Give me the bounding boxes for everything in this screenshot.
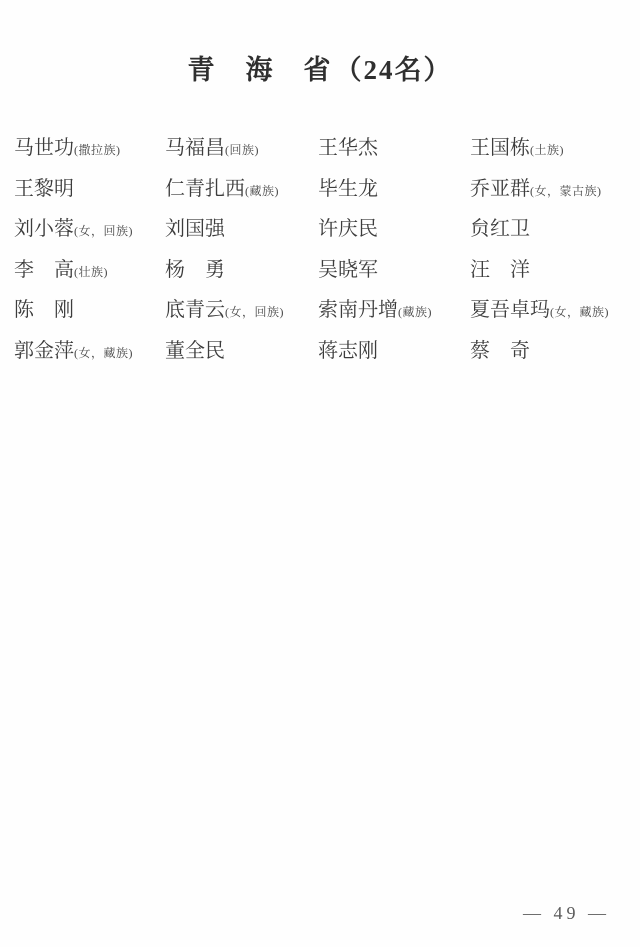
delegate-name: 汪 洋 (470, 253, 530, 282)
delegate-name: 王华杰 (318, 131, 378, 160)
delegate-name: 蒋志刚 (318, 334, 378, 363)
delegate-entry: 汪 洋 (470, 253, 640, 294)
delegate-entry: 蔡 奇 (470, 334, 640, 375)
delegate-entry: 毕生龙 (318, 172, 470, 213)
delegate-entry: 许庆民 (318, 212, 470, 253)
delegate-entry: 夏吾卓玛(女，藏族) (470, 293, 640, 334)
delegate-entry: 马世功(撒拉族) (14, 131, 165, 172)
delegate-name: 乔亚群 (470, 172, 530, 201)
page-number: — 49 — (523, 903, 610, 924)
delegate-note: (撒拉族) (74, 141, 121, 158)
delegate-name: 董全民 (165, 334, 225, 363)
delegate-name: 吴晓军 (318, 253, 378, 282)
delegate-name: 索南丹增 (318, 293, 398, 322)
delegate-name: 马福昌 (165, 131, 225, 160)
delegate-name: 陈 刚 (14, 293, 74, 322)
delegate-note: (女，藏族) (74, 344, 133, 361)
delegate-entry: 王国栋(土族) (470, 131, 640, 172)
delegate-note: (藏族) (245, 182, 279, 199)
delegate-name: 底青云 (165, 293, 225, 322)
delegate-name: 毕生龙 (318, 172, 378, 201)
delegate-entry: 陈 刚 (14, 293, 165, 334)
delegate-note: (女，回族) (225, 303, 284, 320)
delegate-name: 许庆民 (318, 212, 378, 241)
delegate-note: (藏族) (398, 303, 432, 320)
title-province: 青 海 省 (188, 55, 333, 85)
delegate-note: (女，回族) (74, 222, 133, 239)
title-delegate-count: （24名） (335, 55, 453, 85)
delegate-note: (回族) (225, 141, 259, 158)
delegate-name: 蔡 奇 (470, 334, 530, 363)
delegate-name: 王国栋 (470, 131, 530, 160)
delegate-entry: 郭金萍(女，藏族) (14, 334, 165, 375)
delegate-entry: 吴晓军 (318, 253, 470, 294)
delegate-entry: 杨 勇 (165, 253, 318, 294)
delegate-list: 马世功(撒拉族) 马福昌(回族) 王华杰 王国栋(土族) 王黎明 仁青扎西(藏族… (14, 131, 640, 375)
delegate-entry: 马福昌(回族) (165, 131, 318, 172)
delegate-name: 贠红卫 (470, 212, 530, 241)
delegate-name: 刘小蓉 (14, 212, 74, 241)
delegate-name: 夏吾卓玛 (470, 293, 550, 322)
delegate-entry: 乔亚群(女，蒙古族) (470, 172, 640, 213)
document-page: 青 海 省（24名） 马世功(撒拉族) 马福昌(回族) 王华杰 王国栋(土族) … (0, 0, 640, 947)
delegate-entry: 李 高(壮族) (14, 253, 165, 294)
delegate-note: (女，藏族) (550, 303, 609, 320)
delegate-entry: 底青云(女，回族) (165, 293, 318, 334)
delegate-name: 马世功 (14, 131, 74, 160)
delegate-note: (女，蒙古族) (530, 182, 602, 199)
delegate-entry: 仁青扎西(藏族) (165, 172, 318, 213)
delegate-entry: 王华杰 (318, 131, 470, 172)
delegate-name: 刘国强 (165, 212, 225, 241)
delegate-entry: 刘国强 (165, 212, 318, 253)
delegate-name: 仁青扎西 (165, 172, 245, 201)
delegate-name: 杨 勇 (165, 253, 225, 282)
delegate-entry: 刘小蓉(女，回族) (14, 212, 165, 253)
delegate-note: (壮族) (74, 263, 108, 280)
delegate-name: 王黎明 (14, 172, 74, 201)
delegate-name: 李 高 (14, 253, 74, 282)
delegate-name: 郭金萍 (14, 334, 74, 363)
delegate-entry: 索南丹增(藏族) (318, 293, 470, 334)
page-title: 青 海 省（24名） (0, 48, 640, 87)
delegate-entry: 蒋志刚 (318, 334, 470, 375)
delegate-note: (土族) (530, 141, 564, 158)
delegate-entry: 王黎明 (14, 172, 165, 213)
delegate-entry: 董全民 (165, 334, 318, 375)
delegate-entry: 贠红卫 (470, 212, 640, 253)
